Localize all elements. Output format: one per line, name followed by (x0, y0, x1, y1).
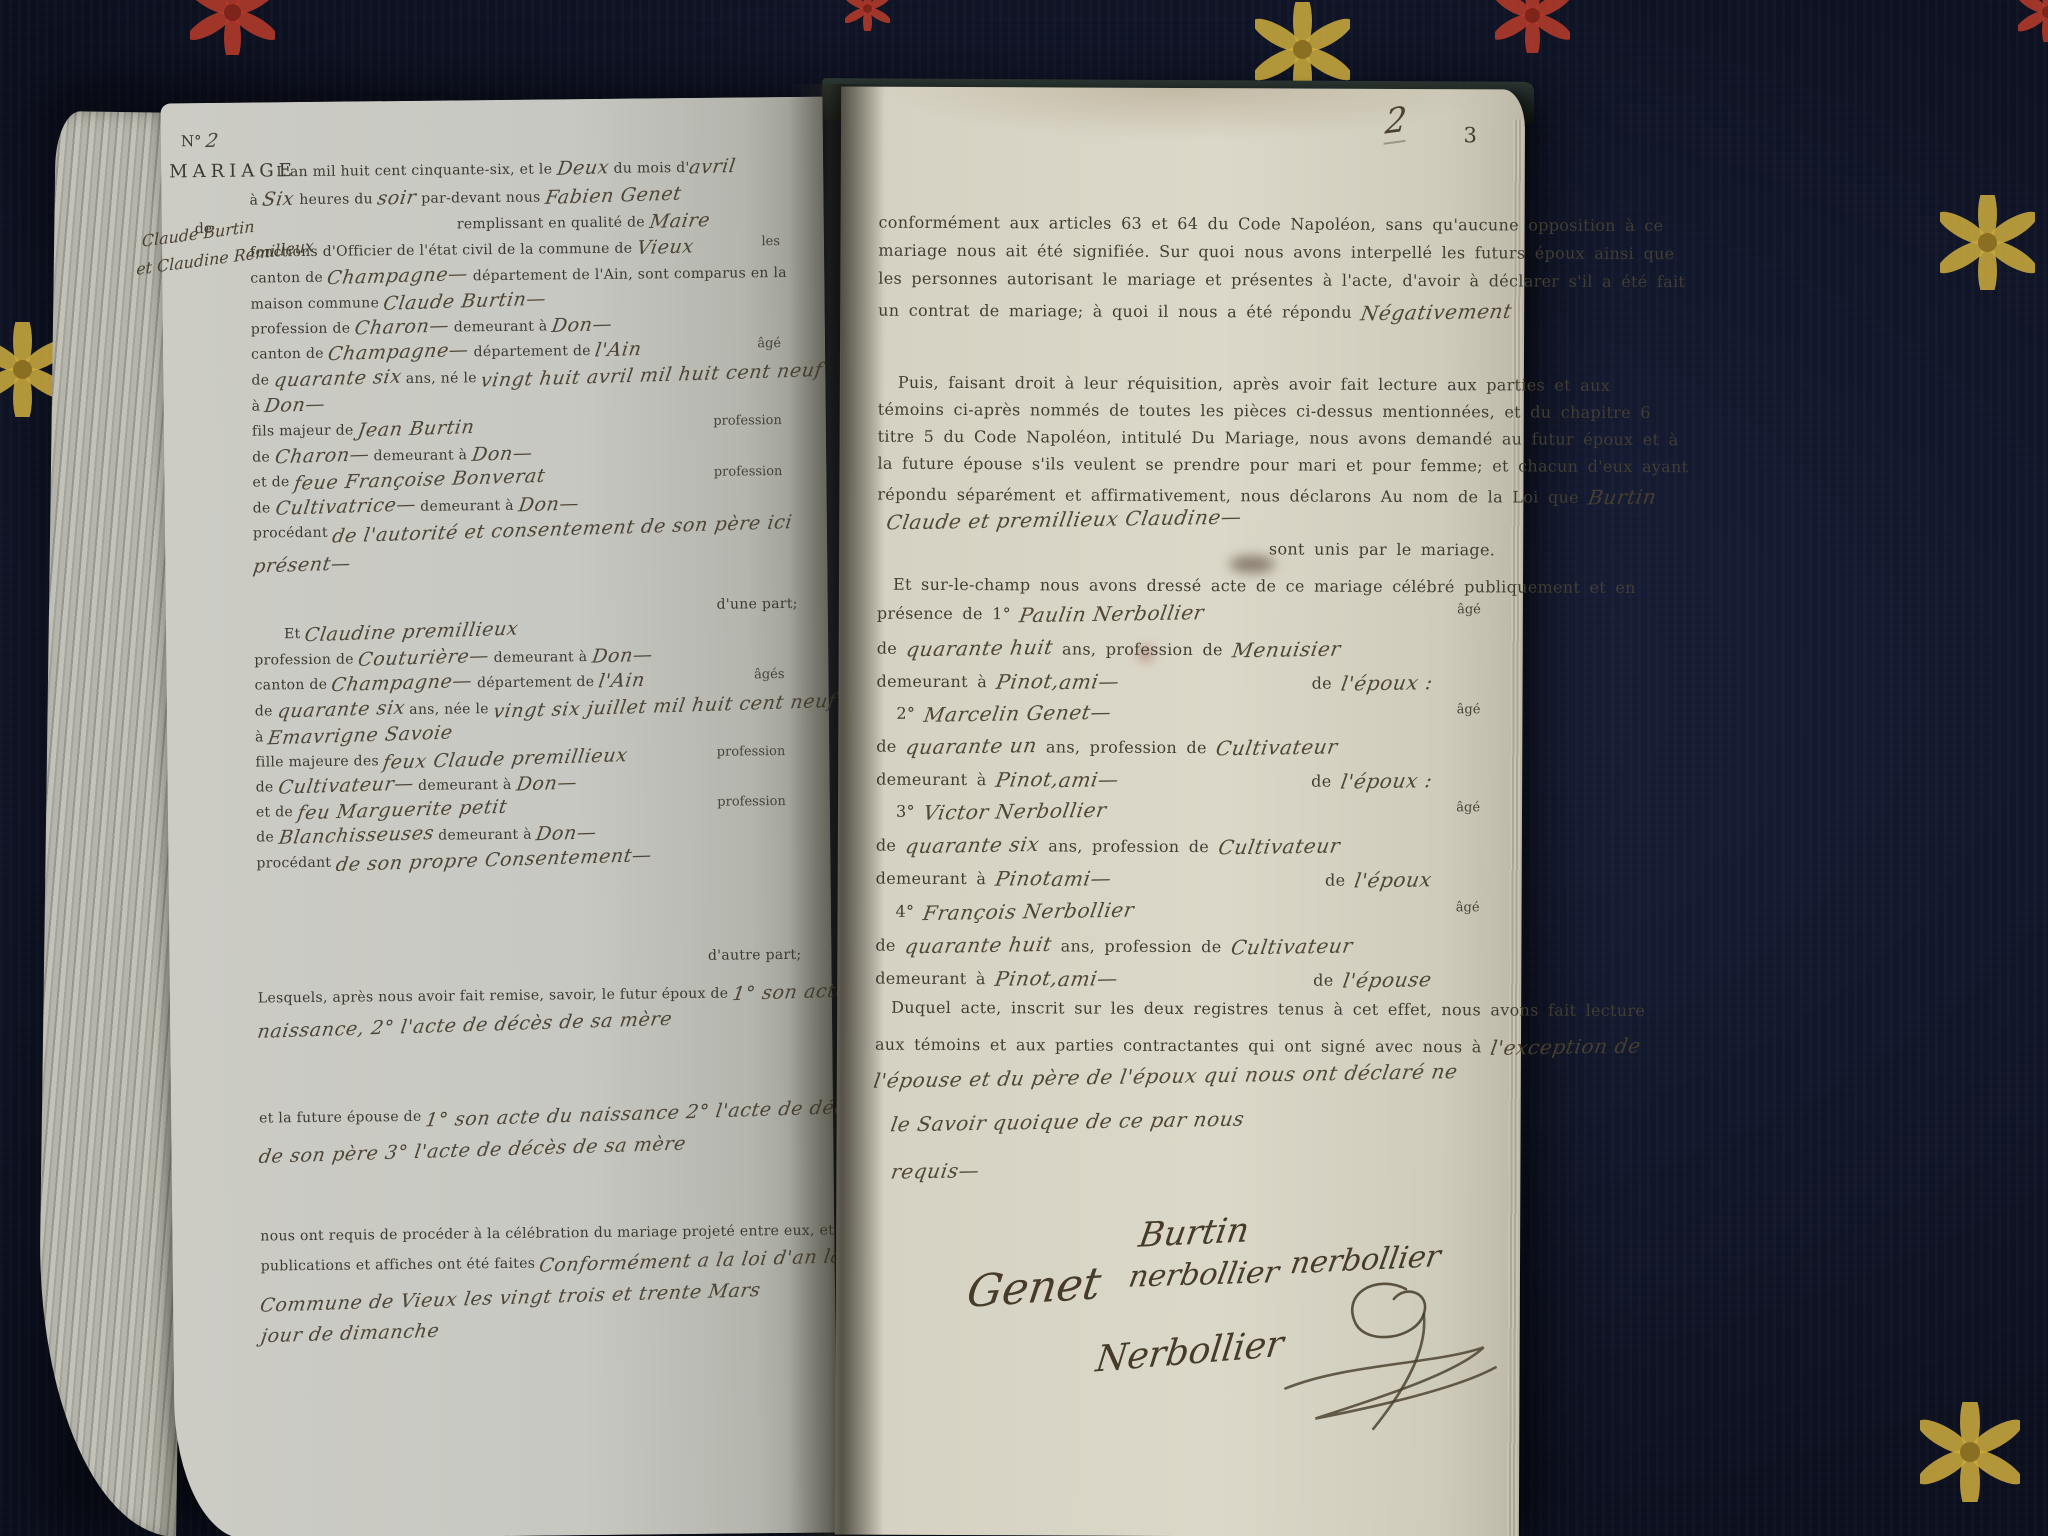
form-line: requis— (891, 1159, 1492, 1184)
form-line: 3° Victor Nerbollierâgé (896, 799, 1494, 824)
handwritten-text: l'Ain (594, 339, 644, 361)
handwritten-text: Pinot, (993, 967, 1060, 990)
printed-text: Et sur-le-champ nous avons dressé acte d… (893, 575, 1636, 597)
printed-text: département de l'Ain, sont comparus en l… (468, 265, 787, 284)
printed-text: Et (284, 626, 305, 642)
printed-text: par-devant nous (416, 189, 545, 206)
form-line: présence de 1° Paulin Nerbollierâgé (877, 601, 1495, 626)
handwritten-text: Couturière— (357, 646, 491, 671)
form-line: présent— (253, 549, 797, 576)
printed-text: aux témoins et aux parties contractantes… (875, 1035, 1491, 1057)
printed-text: fonctions d'Officier de l'état civil de … (250, 241, 637, 261)
handwritten-text: avril (688, 156, 737, 178)
handwritten-text: Don— (470, 443, 534, 466)
handwritten-text: Marcelin Genet— (923, 701, 1114, 726)
printed-text: présence de 1° (877, 604, 1021, 624)
form-line: Claude et premillieux Claudine— (887, 507, 1495, 532)
printed-text: ans, profession de (1051, 936, 1231, 956)
handwritten-text: Emavrigne Savoie (267, 723, 455, 750)
handwritten-text: ami— (1057, 768, 1120, 791)
handwritten-text: Commune de Vieux les vingt trois et tren… (259, 1280, 762, 1317)
printed-text: département de (472, 674, 599, 691)
form-line: remplissant en qualité de Maire (457, 209, 794, 233)
printed-text: de (251, 372, 274, 388)
form-line: la future épouse s'ils veulent se prendr… (877, 455, 1495, 475)
printed-text: Lesquels, après nous avoir fait remise, … (258, 986, 733, 1007)
red-flower-motif (845, 0, 890, 31)
printed-text: canton de (255, 677, 333, 694)
form-line: profession de Couturière— demeurant à Do… (254, 643, 798, 670)
handwritten-text: vingt six juillet mil huit cent neuf (492, 691, 837, 723)
form-line: l'épouse et du père de l'époux qui nous … (875, 1063, 1493, 1088)
printed-text: un contrat de mariage; à quoi il nous a … (878, 301, 1361, 322)
printed-text: remplissant en qualité de (457, 214, 650, 232)
printed-margin-word: âgé (1456, 801, 1480, 815)
printed-text: ans, née le (404, 701, 493, 718)
printed-text: du mois d' (609, 160, 690, 177)
ink-flourish-mark: 2 (1384, 99, 1409, 145)
handwritten-text: soir (376, 187, 418, 209)
handwritten-text: Pinot, (995, 670, 1062, 693)
form-line: titre 5 du Code Napoléon, intitulé Du Ma… (878, 428, 1496, 448)
printed-text: procédant (256, 855, 336, 872)
handwritten-text: Don— (515, 773, 579, 796)
printed-text: de (1311, 772, 1341, 791)
form-line: de Cultivateur— demeurant à Don— (256, 770, 800, 797)
printed-text: d'une part; (716, 596, 797, 613)
form-line: L'an mil huit cent cinquante-six, et le … (276, 155, 793, 181)
printed-text: fille majeure des (255, 753, 383, 770)
handwritten-text: l'épouse et du père de l'époux qui nous … (872, 1060, 1459, 1092)
handwritten-text: le Savoir quoique de ce par nous (889, 1108, 1246, 1136)
handwritten-text: Don— (590, 645, 654, 668)
printed-text: L'an mil huit cent cinquante-six, et le (276, 161, 557, 180)
printed-text: demeurant à (877, 672, 997, 692)
handwritten-text: Burtin (1586, 485, 1658, 508)
handwritten-text: Cultivateur (1214, 735, 1339, 759)
printed-text: de (255, 703, 278, 719)
handwritten-text: Claude Burtin— (382, 289, 548, 315)
handwritten-text: Cultivateur (1229, 934, 1354, 958)
handwritten-text: Paulin Nerbollier (1018, 601, 1206, 626)
printed-text: heures du (294, 191, 377, 208)
printed-text: demeurant à (489, 649, 592, 666)
printed-text: maison commune (251, 295, 384, 312)
printed-text: canton de (250, 270, 328, 287)
form-line: canton de Champagne— département de l'Ai… (254, 668, 798, 695)
form-line: Puis, faisant droit à leur réquisition, … (898, 374, 1496, 394)
printed-text: titre 5 du Code Napoléon, intitulé Du Ma… (878, 427, 1679, 449)
register-right-page: 2 3 conformément aux articles 63 et 64 d… (835, 87, 1525, 1536)
form-line: les personnes autorisant le mariage et p… (878, 270, 1496, 290)
handwritten-text: Fabien Genet (544, 184, 683, 209)
handwritten-text: de son propre Consentement— (334, 845, 653, 876)
printed-text: fils majeur de (252, 422, 359, 439)
printed-text: demeurant à (433, 827, 536, 844)
form-line: le Savoir quoique de ce par nous (892, 1109, 1493, 1134)
form-line: Et sur-le-champ nous avons dressé acte d… (893, 576, 1495, 596)
printed-text: la future épouse s'ils veulent se prendr… (877, 454, 1688, 477)
handwritten-text: l'époux : (1339, 671, 1434, 694)
handwritten-text: l'épouse (1341, 968, 1433, 991)
printed-text: 2° (896, 704, 924, 723)
form-line: de son père 3° l'acte de décès de sa mèr… (259, 1136, 803, 1163)
printed-margin-word: profession (713, 414, 782, 429)
printed-margin-word: profession (714, 465, 783, 480)
handwritten-text: Maire (648, 210, 711, 233)
printed-text: Duquel acte, inscrit sur les deux regist… (891, 998, 1645, 1020)
printed-margin-word: les (761, 235, 780, 249)
printed-text: de (1312, 674, 1342, 693)
form-line: d'autre part; (257, 945, 801, 969)
printed-text: publications et affiches ont été faites (261, 1256, 540, 1275)
form-line: demeurant à Pinot, ami—de l'époux : (877, 669, 1495, 694)
handwritten-text: vingt huit avril mil huit cent neuf (479, 360, 824, 392)
printed-margin-word: âgé (757, 337, 781, 352)
form-line: et de feue Françoise Bonveratprofession (252, 465, 796, 492)
printed-text: mariage nous ait été signifiée. Sur quoi… (878, 241, 1674, 263)
form-line: demeurant à Pinot, ami—de l'épouse (875, 966, 1493, 991)
line-right-annotation: de l'épouse (1313, 968, 1431, 991)
handwritten-text: Don— (263, 394, 327, 417)
line-right-annotation: de l'époux (1325, 868, 1432, 890)
form-line: sont unis par le mariage. (877, 539, 1495, 559)
form-line: jour de dimanche (261, 1318, 805, 1345)
form-line: 2° Marcelin Genet—âgé (896, 701, 1494, 726)
form-line: fils majeur de Jean Burtinprofession (252, 414, 796, 441)
red-flower-motif (1495, 0, 1570, 53)
form-line: Lesquels, après nous avoir fait remise, … (258, 981, 802, 1008)
handwritten-text: présent— (252, 554, 352, 578)
printed-text: profession de (251, 320, 355, 337)
printed-margin-word: âgé (1457, 703, 1481, 717)
form-line: canton de Champagne— département de l'Ai… (251, 337, 795, 364)
printed-text: de (252, 449, 275, 465)
handwritten-text: quarante huit (904, 636, 1054, 660)
form-line: conformément aux articles 63 et 64 du Co… (879, 214, 1497, 234)
printed-text: demeurant à (415, 498, 518, 515)
printed-text: de (1313, 971, 1343, 990)
printed-margin-word: âgé (1457, 603, 1481, 617)
printed-text: ans, profession de (1037, 737, 1217, 757)
printed-text: de (256, 829, 279, 845)
handwritten-text: l'Ain (597, 670, 647, 692)
handwritten-text: Menuisier (1230, 638, 1342, 662)
printed-text: profession de (254, 651, 358, 668)
printed-text: de (253, 500, 276, 516)
handwritten-text: Pinot (994, 867, 1054, 890)
form-line: répondu séparément et affirmativement, n… (877, 482, 1495, 507)
handwritten-text: quarante six (276, 698, 406, 723)
signature: Burtin (1136, 1210, 1252, 1256)
printed-text: demeurant à (449, 318, 552, 335)
form-line: profession de Charon— demeurant à Don— (251, 312, 795, 339)
handwritten-text: Deux (555, 157, 610, 180)
printed-text: demeurant à (875, 969, 995, 989)
printed-text: ans, profession de (1053, 639, 1233, 659)
page-number: 3 (1464, 123, 1477, 147)
form-line: procédant de l'autorité et consentement … (253, 516, 797, 543)
form-line: de Charon— demeurant à Don— (252, 440, 796, 467)
handwritten-text: feu Marguerite petit (296, 797, 509, 824)
form-line: canton de Champagne— département de l'Ai… (250, 261, 794, 288)
handwritten-text: quarante un (904, 734, 1039, 758)
form-line: Et Claudine premillieux (284, 617, 798, 643)
photograph-of-marriage-register: N° 2 MARIAGE de Claude Burtin et Claudin… (0, 0, 2048, 1536)
handwritten-text: Blanchisseuses (277, 823, 435, 849)
printed-text: demeurant à (369, 447, 472, 464)
handwritten-text: Champagne— (326, 264, 470, 289)
printed-text: 4° (896, 902, 924, 921)
printed-text: et la future épouse de (259, 1109, 426, 1127)
printed-text: répondu séparément et affirmativement, n… (877, 485, 1588, 507)
handwritten-text: Don— (551, 314, 615, 337)
handwritten-text: Six (261, 189, 296, 211)
handwritten-text: quarante six (904, 833, 1041, 857)
printed-text: procédant (253, 525, 333, 542)
form-line: témoins ci-après nommés de toutes les pi… (878, 401, 1496, 421)
handwritten-text: quarante six (272, 367, 402, 392)
handwritten-text: Cultivateur (1217, 834, 1342, 858)
handwritten-text: Charon— (273, 444, 370, 468)
register-left-page: N° 2 MARIAGE de Claude Burtin et Claudin… (160, 97, 837, 1536)
handwritten-text: Cultivateur— (277, 773, 415, 798)
form-line: nous ont requis de procéder à la célébra… (260, 1221, 804, 1245)
form-line: naissance, 2° l'acte de décès de sa mère (258, 1011, 802, 1038)
form-line: de Blanchisseuses demeurant à Don— (256, 820, 800, 847)
printed-text: les personnes autorisant le mariage et p… (878, 269, 1685, 292)
handwritten-text: Champagne— (330, 671, 474, 696)
handwritten-text: Jean Burtin (357, 417, 477, 442)
form-line: à Don— (252, 389, 796, 416)
handwritten-text: Don— (517, 493, 581, 516)
handwritten-text: Claudine premillieux (303, 619, 520, 647)
handwritten-text: requis— (890, 1159, 982, 1182)
handwritten-text: feue Françoise Bonverat (292, 466, 546, 495)
form-line: demeurant à Pinot ami—de l'époux (876, 866, 1494, 891)
printed-text: 3° (896, 802, 924, 821)
printed-text: de (1325, 871, 1355, 890)
form-line: fonctions d'Officier de l'état civil de … (250, 235, 794, 262)
form-line: de quarante six ans, né le vingt huit av… (251, 363, 795, 390)
printed-text: demeurant à (413, 777, 516, 794)
act-number-value: 2 (205, 130, 221, 152)
form-line: à Emavrigne Savoie (255, 720, 799, 747)
form-line: 4° François Nerbollierâgé (896, 899, 1494, 924)
signature-flourish-paraph (1255, 1268, 1506, 1439)
ink-blot (1229, 556, 1275, 572)
line-right-annotation: de l'époux : (1312, 671, 1433, 694)
handwritten-text: Négativement (1359, 300, 1514, 324)
handwritten-text: Charon— (353, 315, 450, 339)
form-line: fille majeure des feux Claude premillieu… (255, 745, 799, 772)
signature: Genet (964, 1258, 1104, 1318)
handwritten-text: ami— (1056, 967, 1119, 990)
handwritten-text: Vieux (635, 236, 695, 259)
form-line: d'une part; (254, 594, 798, 618)
act-number-label: N° (181, 132, 202, 150)
form-line: de quarante six ans, profession de Culti… (876, 833, 1494, 858)
red-flower-motif (2018, 0, 2048, 42)
handwritten-text: de l'autorité et consentement de son pèr… (330, 512, 793, 547)
printed-margin-word: profession (717, 745, 786, 760)
handwritten-text: naissance, 2° l'acte de décès de sa mère (256, 1009, 674, 1043)
handwritten-text: Victor Nerbollier (922, 799, 1108, 824)
handwritten-text: l'époux (1353, 868, 1434, 891)
printed-margin-word: âgés (754, 668, 785, 683)
printed-margin-word: âgé (1456, 901, 1480, 915)
printed-text: demeurant à (876, 869, 996, 889)
handwritten-text: Champagne— (327, 340, 471, 365)
form-line: aux témoins et aux parties contractantes… (875, 1032, 1493, 1057)
printed-text: canton de (251, 346, 329, 363)
form-line: Commune de Vieux les vingt trois et tren… (261, 1284, 805, 1311)
form-line: publications et affiches ont été faites … (261, 1249, 805, 1276)
printed-margin-word: profession (717, 795, 786, 810)
handwritten-text: feux Claude premillieux (382, 745, 630, 774)
yellow-flower-motif (1920, 1402, 2020, 1502)
form-line: et la future épouse de 1° son acte du na… (259, 1101, 803, 1128)
handwritten-text: de son père 3° l'acte de décès de sa mèr… (257, 1134, 687, 1168)
handwritten-text: quarante huit (903, 933, 1053, 957)
form-line: de quarante six ans, née le vingt six ju… (255, 694, 799, 721)
form-line: procédant de son propre Consentement— (256, 846, 800, 873)
form-line: un contrat de mariage; à quoi il nous a … (878, 298, 1496, 323)
handwritten-text: Claude et premillieux Claudine— (885, 506, 1244, 534)
form-line: et de feu Marguerite petitprofession (256, 795, 800, 822)
form-line: de quarante un ans, profession de Cultiv… (876, 734, 1494, 759)
printed-text: ans, profession de (1039, 836, 1219, 856)
act-number: N° 2 (181, 129, 219, 151)
yellow-flower-motif (1940, 195, 2035, 290)
handwritten-text: François Nerbollier (922, 899, 1136, 924)
form-line: demeurant à Pinot, ami—de l'époux : (876, 767, 1494, 792)
printed-text: témoins ci-après nommés de toutes les pi… (878, 400, 1651, 422)
printed-text: ans, né le (401, 370, 482, 387)
form-line: de quarante huit ans, profession de Cult… (875, 933, 1493, 958)
handwritten-text: Don— (535, 822, 599, 845)
red-flower-motif (190, 0, 275, 55)
handwritten-text: l'époux : (1339, 769, 1434, 792)
handwritten-text: Cultivatrice— (274, 494, 418, 519)
form-line: maison commune Claude Burtin— (250, 287, 794, 314)
handwritten-text: l'exception de (1489, 1034, 1643, 1058)
printed-text: sont unis par le mariage. (1269, 539, 1495, 559)
handwritten-text: Pinot, (994, 768, 1061, 791)
handwritten-text: ami— (1050, 867, 1113, 890)
form-line: de quarante huit ans, profession de Menu… (877, 636, 1495, 661)
handwritten-text: jour de dimanche (260, 1321, 441, 1348)
form-line: Duquel acte, inscrit sur les deux regist… (891, 999, 1493, 1019)
printed-text: Puis, faisant droit à leur réquisition, … (898, 373, 1610, 395)
printed-text: demeurant à (876, 770, 996, 790)
form-line: à Six heures du soir par-devant nous Fab… (249, 183, 793, 210)
handwritten-text: ami— (1057, 670, 1120, 693)
line-right-annotation: de l'époux : (1311, 769, 1432, 792)
printed-text: et de (256, 804, 298, 820)
printed-text: conformément aux articles 63 et 64 du Co… (879, 213, 1664, 235)
book-gutter-shadow (788, 84, 884, 1536)
printed-text: et de (252, 474, 294, 490)
printed-text: de (256, 779, 279, 795)
form-line: mariage nous ait été signifiée. Sur quoi… (878, 242, 1496, 262)
printed-text: département de (469, 343, 596, 360)
